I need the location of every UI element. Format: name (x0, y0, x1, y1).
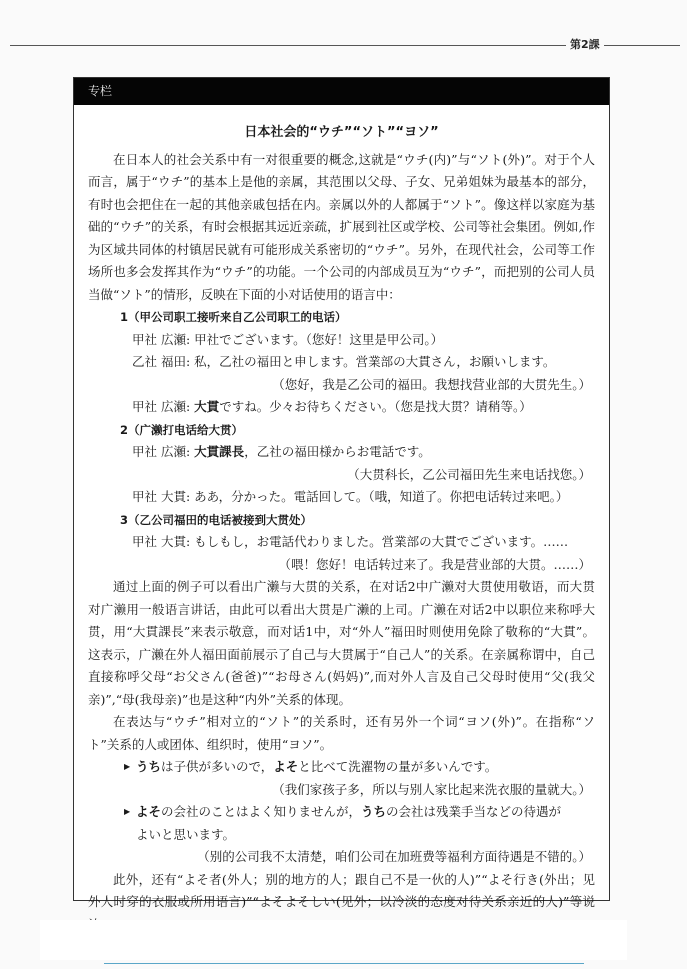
dialogue-heading: 3（乙公司福田的电话被接到大贯处） (88, 509, 595, 532)
example-item: ▶うちは子供が多いので，よそと比べて洗濯物の量が多いんです。 (88, 756, 595, 779)
lesson-label: 第2課 (566, 36, 604, 52)
dialogue-translation: （您好，我是乙公司的福田。我想找营业部的大贯先生。） (88, 374, 595, 397)
analysis-paragraph: 通过上面的例子可以看出广濑与大贯的关系，在对话2中广濑对大贯使用敬语，而大贯对广… (88, 576, 595, 711)
example-item: ▶よその会社のことはよく知りませんが，うちの会社は残業手当などの待遇が (88, 801, 595, 824)
example-continuation: よいと思います。 (88, 824, 595, 847)
bullet-icon: ▶ (124, 801, 136, 824)
dialogue-heading: 1（甲公司职工接听来自乙公司职工的电话） (88, 306, 595, 329)
footer-line (104, 963, 584, 964)
dialogue-line: 甲社 広瀬: 甲社でございます。（您好！这里是甲公司。） (88, 329, 595, 352)
dialogue-translation: （大贯科长，乙公司福田先生来电话找您。） (88, 464, 595, 487)
bullet-icon: ▶ (124, 756, 136, 779)
column-header: 专栏 (74, 78, 609, 105)
intro-paragraph: 在日本人的社会关系中有一对很重要的概念,这就是“ウチ(内)”与“ソト(外)”。对… (88, 149, 595, 307)
dialogue-heading: 2（广濑打电话给大贯） (88, 419, 595, 442)
footer-band (40, 920, 627, 960)
dialogue-line: 甲社 大貫: もしもし，お電話代わりました。営業部の大貫でございます。…… (88, 531, 595, 554)
dialogue-line: 甲社 広瀬: 大貫ですね。少々お待ちください。（您是找大贯？请稍等。） (88, 396, 595, 419)
yoso-paragraph: 在表达与“ウチ”相对立的“ソト”的关系时，还有另外一个词“ヨソ(外)”。在指称“… (88, 711, 595, 756)
example-translation: （我们家孩子多，所以与别人家比起来洗衣服的量就大。） (88, 779, 595, 802)
dialogue-line: 乙社 福田: 私，乙社の福田と申します。営業部の大貫さん，お願いします。 (88, 351, 595, 374)
dialogue-line: 甲社 大貫: ああ，分かった。電話回して。（哦，知道了。你把电话转过来吧。） (88, 486, 595, 509)
example-translation: （别的公司我不太清楚，咱们公司在加班费等福利方面待遇是不错的。） (88, 846, 595, 869)
dialogue-translation: （喂！您好！电话转过来了。我是营业部的大贯。……） (88, 554, 595, 577)
dialogue-line: 甲社 広瀬: 大貫課長，乙社の福田様からお電話です。 (88, 441, 595, 464)
column-title: 日本社会的“ウチ”“ソト”“ヨソ” (88, 122, 595, 145)
column-content: 日本社会的“ウチ”“ソト”“ヨソ” 在日本人的社会关系中有一对很重要的概念,这就… (74, 105, 609, 936)
column-box: 专栏 日本社会的“ウチ”“ソト”“ヨソ” 在日本人的社会关系中有一对很重要的概念… (73, 77, 610, 901)
